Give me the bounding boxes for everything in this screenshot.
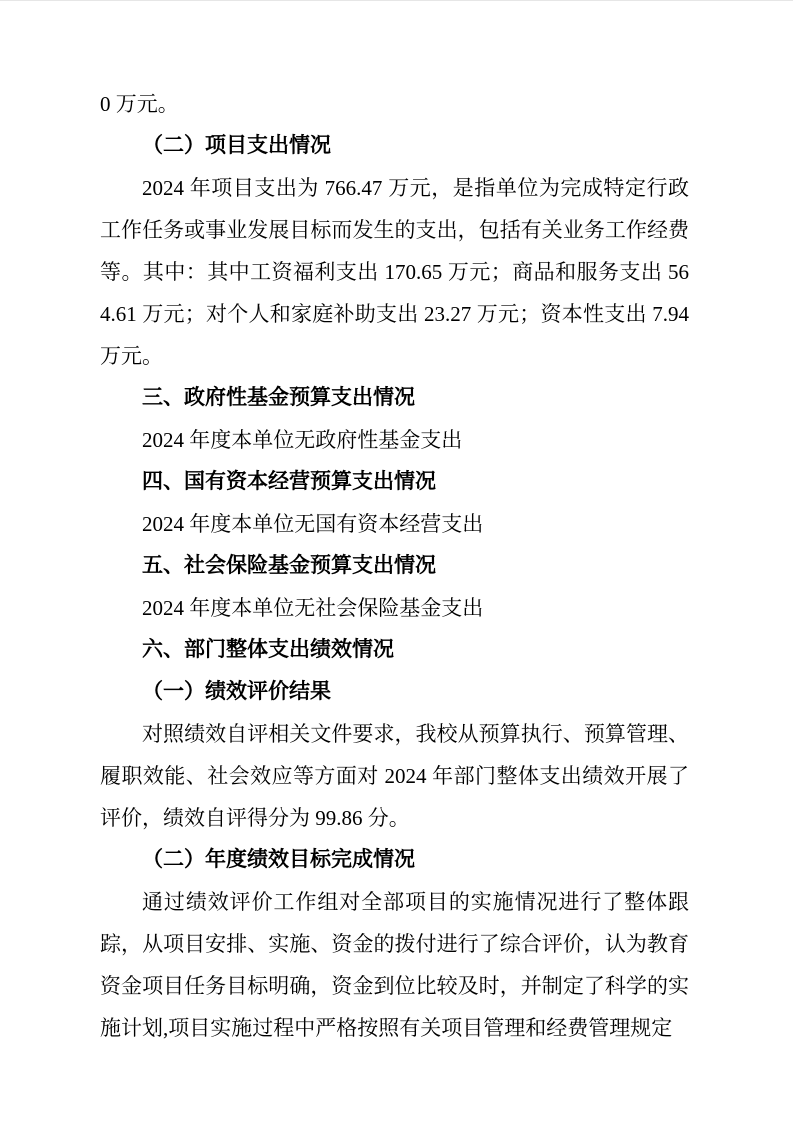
para-social-insurance-budget: 2024 年度本单位无社会保险基金支出 bbox=[100, 587, 689, 629]
para-state-capital-budget: 2024 年度本单位无国有资本经营支出 bbox=[100, 503, 689, 545]
heading-state-capital-budget: 四、国有资本经营预算支出情况 bbox=[100, 461, 689, 503]
heading-project-expenditure: （二）项目支出情况 bbox=[100, 125, 689, 167]
paragraph-continuation-top: 0 万元。 bbox=[100, 83, 689, 125]
para-project-expenditure: 2024 年项目支出为 766.47 万元，是指单位为完成特定行政工作任务或事业… bbox=[100, 167, 689, 377]
para-gov-fund-budget: 2024 年度本单位无政府性基金支出 bbox=[100, 419, 689, 461]
para-annual-target-completion: 通过绩效评价工作组对全部项目的实施情况进行了整体跟踪，从项目安排、实施、资金的拨… bbox=[100, 881, 689, 1049]
heading-gov-fund-budget: 三、政府性基金预算支出情况 bbox=[100, 377, 689, 419]
document-page: 0 万元。 （二）项目支出情况 2024 年项目支出为 766.47 万元，是指… bbox=[0, 0, 793, 1122]
heading-annual-target-completion: （二）年度绩效目标完成情况 bbox=[100, 839, 689, 881]
heading-performance-result: （一）绩效评价结果 bbox=[100, 671, 689, 713]
heading-overall-performance: 六、部门整体支出绩效情况 bbox=[100, 629, 689, 671]
para-performance-result: 对照绩效自评相关文件要求，我校从预算执行、预算管理、履职效能、社会效应等方面对 … bbox=[100, 713, 689, 839]
heading-social-insurance-budget: 五、社会保险基金预算支出情况 bbox=[100, 545, 689, 587]
document-content: 0 万元。 （二）项目支出情况 2024 年项目支出为 766.47 万元，是指… bbox=[100, 83, 689, 1049]
